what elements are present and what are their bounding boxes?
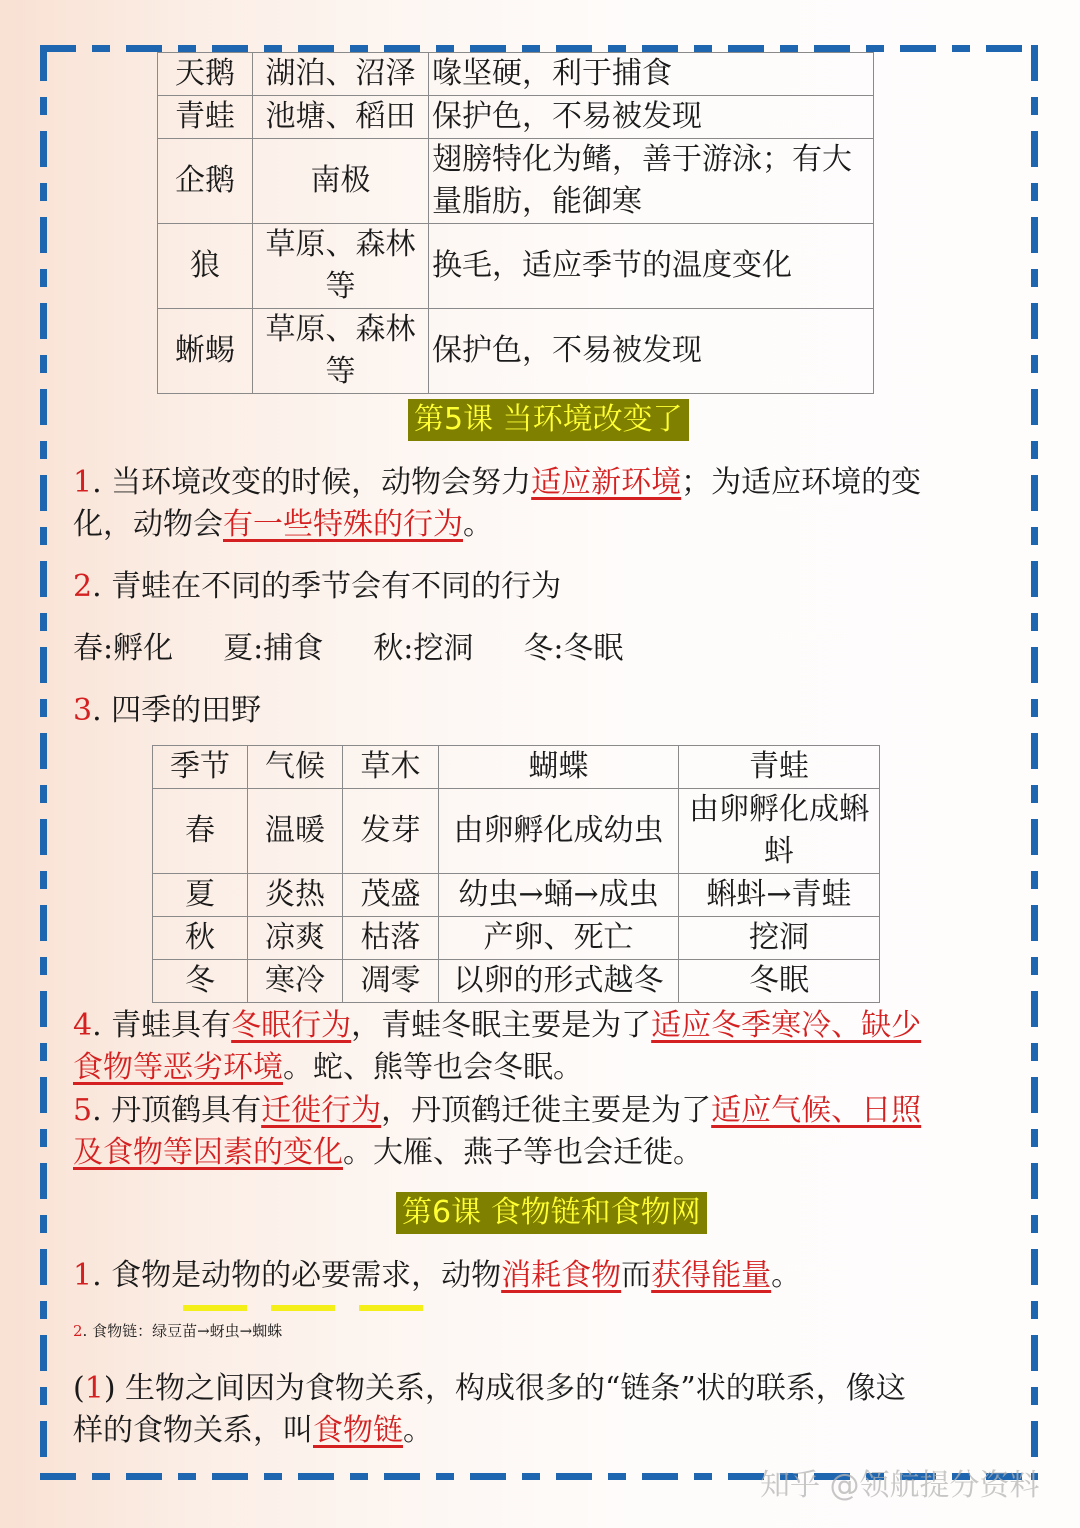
habitat-table: 天鹅 湖泊、沼泽 喙坚硬，利于捕食 青蛙 池塘、稻田 保护色，不易被发现 企鹅 … [157, 52, 874, 394]
season-item: 秋:挖洞 [373, 631, 473, 666]
text: . 食物是动物的必要需求，动物 [92, 1258, 501, 1293]
highlight-text: 适应气候、日照 [711, 1093, 921, 1128]
table-row: 夏 炎热 茂盛 幼虫→蛹→成虫 蝌蚪→青蛙 [153, 874, 880, 917]
lesson5-point4-line1: 4. 青蛙具有冬眠行为，青蛙冬眠主要是为了适应冬季寒冷、缺少 [73, 1005, 921, 1047]
text: . 青蛙在不同的季节会有不同的行为 [92, 569, 561, 604]
text: 。大雁、燕子等也会迁徙。 [343, 1135, 703, 1170]
season-item: 夏:捕食 [223, 631, 323, 666]
table-cell: 秋 [153, 917, 248, 960]
table-cell: 夏 [153, 874, 248, 917]
animal-cell: 狼 [158, 224, 253, 309]
lesson6-title: 第6课 食物链和食物网 [396, 1192, 707, 1234]
text: ( [73, 1371, 85, 1406]
text: 化，动物会 [73, 507, 223, 542]
animal-cell: 天鹅 [158, 53, 253, 96]
table-cell: 春 [153, 789, 248, 874]
table-row: 冬 寒冷 凋零 以卵的形式越冬 冬眠 [153, 960, 880, 1003]
animal-cell: 青蛙 [158, 96, 253, 139]
table-header-row: 季节 气候 草木 蝴蝶 青蛙 [153, 746, 880, 789]
frame-right-edge [1031, 45, 1038, 1480]
table-cell: 幼虫→蛹→成虫 [439, 874, 679, 917]
text: 而 [621, 1258, 651, 1293]
feature-cell: 喙坚硬，利于捕食 [429, 53, 874, 96]
table-cell: 产卵、死亡 [439, 917, 679, 960]
table-cell: 冬 [153, 960, 248, 1003]
highlight-text: 适应冬季寒冷、缺少 [651, 1008, 921, 1043]
text: 。蛇、熊等也会冬眠。 [283, 1050, 583, 1085]
feature-cell: 保护色，不易被发现 [429, 309, 874, 394]
text: 样的食物关系，叫 [73, 1413, 313, 1448]
habitat-cell: 南极 [253, 139, 429, 224]
table-row: 秋 凉爽 枯落 产卵、死亡 挖洞 [153, 917, 880, 960]
column-header: 蝴蝶 [439, 746, 679, 789]
habitat-cell: 草原、森林等 [253, 224, 429, 309]
text: ) 生物之间因为食物关系，构成很多的“链条”状的联系，像这 [104, 1371, 906, 1406]
highlight-text: 适应新环境 [531, 465, 681, 500]
text: . 丹顶鹤具有 [92, 1093, 261, 1128]
table-cell: 凋零 [343, 960, 439, 1003]
text: 。 [771, 1258, 801, 1293]
text: . 青蛙具有 [92, 1008, 231, 1043]
habitat-cell: 草原、森林等 [253, 309, 429, 394]
text: . 四季的田野 [92, 693, 261, 728]
lesson6-subpoint1-line2: 样的食物关系，叫食物链。 [73, 1410, 433, 1452]
text: ，青蛙冬眠主要是为了 [351, 1008, 651, 1043]
column-header: 气候 [248, 746, 343, 789]
habitat-cell: 湖泊、沼泽 [253, 53, 429, 96]
season-item: 春:孵化 [73, 631, 173, 666]
text: 。 [403, 1413, 433, 1448]
text: . 当环境改变的时候，动物会努力 [92, 465, 531, 500]
text: ，丹顶鹤迁徙主要是为了 [381, 1093, 711, 1128]
table-cell: 冬眠 [679, 960, 880, 1003]
lesson5-point3: 3. 四季的田野 [73, 690, 261, 732]
lesson5-point5-line2: 及食物等因素的变化。大雁、燕子等也会迁徙。 [73, 1132, 703, 1174]
animal-cell: 企鹅 [158, 139, 253, 224]
column-header: 青蛙 [679, 746, 880, 789]
point-number: 1 [73, 1258, 92, 1293]
highlight-text: 食物链 [313, 1413, 403, 1448]
season-item: 冬:冬眠 [523, 631, 623, 666]
habitat-cell: 池塘、稻田 [253, 96, 429, 139]
point-number: 1 [85, 1371, 104, 1406]
table-cell: 由卵孵化成蝌蚪 [679, 789, 880, 874]
table-cell: 枯落 [343, 917, 439, 960]
frog-seasons-line: 春:孵化夏:捕食秋:挖洞冬:冬眠 [73, 628, 623, 670]
column-header: 季节 [153, 746, 248, 789]
table-cell: 由卵孵化成幼虫 [439, 789, 679, 874]
point-number: 3 [73, 693, 92, 728]
highlight-text: 获得能量 [651, 1258, 771, 1293]
lesson5-title: 第5课 当环境改变了 [408, 399, 689, 441]
text: 。 [463, 507, 493, 542]
table-row: 企鹅 南极 翅膀特化为鳍，善于游泳；有大量脂肪，能御寒 [158, 139, 874, 224]
column-header: 草木 [343, 746, 439, 789]
lesson5-point1-line1: 1. 当环境改变的时候，动物会努力适应新环境；为适应环境的变 [73, 462, 921, 504]
point-number: 4 [73, 1008, 92, 1043]
frame-top-edge [40, 45, 1038, 52]
table-row: 青蛙 池塘、稻田 保护色，不易被发现 [158, 96, 874, 139]
table-row: 蜥蜴 草原、森林等 保护色，不易被发现 [158, 309, 874, 394]
feature-cell: 保护色，不易被发现 [429, 96, 874, 139]
table-cell: 寒冷 [248, 960, 343, 1003]
table-cell: 凉爽 [248, 917, 343, 960]
lesson6-point1: 1. 食物是动物的必要需求，动物消耗食物而获得能量。 [73, 1255, 801, 1297]
highlight-text: 及食物等因素的变化 [73, 1135, 343, 1170]
lesson6-point2: 2. 食物链：绿豆苗→蚜虫→蜘蛛 [73, 1320, 282, 1342]
point-number: 1 [73, 465, 92, 500]
table-row: 狼 草原、森林等 换毛，适应季节的温度变化 [158, 224, 874, 309]
table-cell: 以卵的形式越冬 [439, 960, 679, 1003]
four-seasons-table: 季节 气候 草木 蝴蝶 青蛙 春 温暖 发芽 由卵孵化成幼虫 由卵孵化成蝌蚪 夏… [152, 745, 880, 1003]
yellow-dash-decoration [183, 1305, 445, 1311]
table-row: 天鹅 湖泊、沼泽 喙坚硬，利于捕食 [158, 53, 874, 96]
table-row: 春 温暖 发芽 由卵孵化成幼虫 由卵孵化成蝌蚪 [153, 789, 880, 874]
feature-cell: 翅膀特化为鳍，善于游泳；有大量脂肪，能御寒 [429, 139, 874, 224]
table-cell: 发芽 [343, 789, 439, 874]
lesson5-point4-line2: 食物等恶劣环境。蛇、熊等也会冬眠。 [73, 1047, 583, 1089]
highlight-text: 迁徙行为 [261, 1093, 381, 1128]
text: ；为适应环境的变 [681, 465, 921, 500]
lesson5-point1-line2: 化，动物会有一些特殊的行为。 [73, 504, 493, 546]
text: . 食物链：绿豆苗→蚜虫→蜘蛛 [83, 1322, 283, 1340]
table-cell: 挖洞 [679, 917, 880, 960]
lesson5-point2: 2. 青蛙在不同的季节会有不同的行为 [73, 566, 561, 608]
highlight-text: 食物等恶劣环境 [73, 1050, 283, 1085]
table-cell: 温暖 [248, 789, 343, 874]
point-number: 5 [73, 1093, 92, 1128]
animal-cell: 蜥蜴 [158, 309, 253, 394]
highlight-text: 消耗食物 [501, 1258, 621, 1293]
table-cell: 蝌蚪→青蛙 [679, 874, 880, 917]
point-number: 2 [73, 569, 92, 604]
watermark: 知乎 @领航提分资料 [760, 1460, 1040, 1504]
highlight-text: 有一些特殊的行为 [223, 507, 463, 542]
lesson5-point5-line1: 5. 丹顶鹤具有迁徙行为，丹顶鹤迁徙主要是为了适应气候、日照 [73, 1090, 921, 1132]
frame-left-edge [40, 45, 47, 1480]
highlight-text: 冬眠行为 [231, 1008, 351, 1043]
table-cell: 炎热 [248, 874, 343, 917]
feature-cell: 换毛，适应季节的温度变化 [429, 224, 874, 309]
table-cell: 茂盛 [343, 874, 439, 917]
lesson6-subpoint1-line1: (1) 生物之间因为食物关系，构成很多的“链条”状的联系，像这 [73, 1368, 906, 1410]
point-number: 2 [73, 1322, 83, 1340]
